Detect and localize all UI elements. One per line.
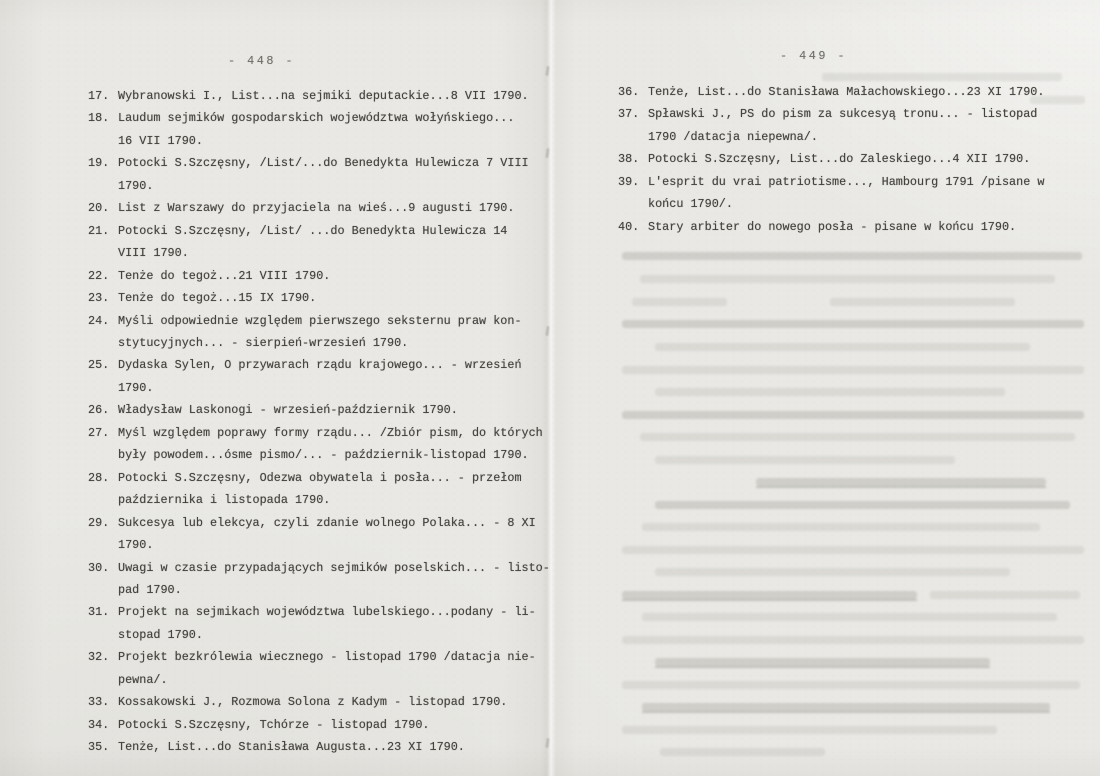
bleed-through-line	[655, 658, 990, 666]
bleed-through-line	[632, 298, 727, 306]
item-number: 32.	[88, 646, 118, 668]
bleed-through-line	[660, 748, 825, 756]
bleed-through-line	[655, 343, 1030, 351]
item-number: 24.	[88, 310, 118, 332]
bleed-through-line	[622, 366, 1084, 374]
list-item: 29.Sukcesya lub elekcya, czyli zdanie wo…	[88, 512, 558, 557]
bleed-through-line	[830, 298, 1015, 306]
page-number-right: - 449 -	[780, 49, 847, 63]
item-number: 33.	[88, 691, 118, 713]
bleed-through-line	[622, 726, 997, 734]
list-item: 21.Potocki S.Szczęsny, /List/ ...do Bene…	[88, 220, 558, 265]
item-number: 17.	[88, 85, 118, 107]
item-number: 21.	[88, 220, 118, 242]
bleed-through-line	[642, 613, 1057, 621]
list-item: 26.Władysław Laskonogi - wrzesień-paździ…	[88, 399, 558, 421]
item-number: 23.	[88, 287, 118, 309]
book-scan: - 448 - 17.Wybranowski I., List...na sej…	[0, 0, 1100, 776]
item-number: 30.	[88, 557, 118, 579]
item-number: 19.	[88, 152, 118, 174]
item-number: 18.	[88, 107, 118, 129]
item-text: Projekt na sejmikach województwa lubelsk…	[118, 601, 536, 646]
list-item: 35.Tenże, List...do Stanisława Augusta..…	[88, 736, 558, 758]
item-text: Potocki S.Szczęsny, /List/ ...do Benedyk…	[118, 220, 507, 265]
item-number: 39.	[618, 171, 648, 193]
item-text: Myśli odpowiednie względem pierwszego se…	[118, 310, 522, 355]
bleed-through-line	[622, 591, 917, 599]
bleed-through-line	[756, 478, 1046, 486]
item-text: Potocki S.Szczęsny, Odezwa obywatela i p…	[118, 467, 522, 512]
item-number: 20.	[88, 197, 118, 219]
list-item: 30.Uwagi w czasie przypadających sejmikó…	[88, 557, 558, 602]
item-number: 29.	[88, 512, 118, 534]
item-text: Potocki S.Szczęsny, Tchórze - listopad 1…	[118, 714, 430, 736]
item-number: 37.	[618, 103, 648, 125]
list-item: 25.Dydaska Sylen, O przywarach rządu kra…	[88, 354, 558, 399]
page-number-left: - 448 -	[228, 54, 295, 68]
bibliography-list-right: 36.Tenże, List...do Stanisława Małachows…	[618, 81, 1088, 238]
item-number: 34.	[88, 714, 118, 736]
list-item: 32.Projekt bezkrólewia wiecznego - listo…	[88, 646, 558, 691]
crease-tick	[545, 66, 549, 76]
list-item: 20.List z Warszawy do przyjaciela na wie…	[88, 197, 558, 219]
bleed-through-line	[655, 501, 1070, 509]
item-text: Tenże, List...do Stanisława Augusta...23…	[118, 736, 465, 758]
item-text: Sukcesya lub elekcya, czyli zdanie wolne…	[118, 512, 536, 557]
item-number: 38.	[618, 148, 648, 170]
list-item: 23.Tenże do tegoż...15 IX 1790.	[88, 287, 558, 309]
item-number: 25.	[88, 354, 118, 376]
list-item: 40.Stary arbiter do nowego posła - pisan…	[618, 216, 1088, 238]
item-text: Tenże, List...do Stanisława Małachowskie…	[648, 81, 1044, 103]
list-item: 24.Myśli odpowiednie względem pierwszego…	[88, 310, 558, 355]
bleed-through-line	[642, 703, 1050, 711]
item-text: Dydaska Sylen, O przywarach rządu krajow…	[118, 354, 522, 399]
item-number: 28.	[88, 467, 118, 489]
item-text: Uwagi w czasie przypadających sejmików p…	[118, 557, 550, 602]
bleed-through-line	[930, 591, 1080, 599]
item-number: 26.	[88, 399, 118, 421]
item-text: Potocki S.Szczęsny, /List/...do Benedykt…	[118, 152, 529, 197]
item-text: Spławski J., PS do pism za sukcesyą tron…	[648, 103, 1037, 148]
item-number: 35.	[88, 736, 118, 758]
list-item: 33.Kossakowski J., Rozmowa Solona z Kady…	[88, 691, 558, 713]
list-item: 22.Tenże do tegoż...21 VIII 1790.	[88, 265, 558, 287]
bleed-through-line	[642, 523, 1040, 531]
bleed-through-line	[622, 252, 1082, 260]
bibliography-list-left: 17.Wybranowski I., List...na sejmiki dep…	[88, 85, 558, 759]
bleed-through-line	[622, 546, 1084, 554]
item-number: 40.	[618, 216, 648, 238]
item-text: L'esprit du vrai patriotisme..., Hambour…	[648, 171, 1044, 216]
item-text: Myśl względem poprawy formy rządu... /Zb…	[118, 422, 543, 467]
bleed-through-line	[640, 433, 1075, 441]
list-item: 36.Tenże, List...do Stanisława Małachows…	[618, 81, 1088, 103]
list-item: 39.L'esprit du vrai patriotisme..., Hamb…	[618, 171, 1088, 216]
item-text: Tenże do tegoż...15 IX 1790.	[118, 287, 316, 309]
list-item: 17.Wybranowski I., List...na sejmiki dep…	[88, 85, 558, 107]
item-text: Wybranowski I., List...na sejmiki deputa…	[118, 85, 529, 107]
item-number: 31.	[88, 601, 118, 623]
item-text: Laudum sejmików gospodarskich województw…	[118, 107, 514, 152]
item-number: 36.	[618, 81, 648, 103]
list-item: 37.Spławski J., PS do pism za sukcesyą t…	[618, 103, 1088, 148]
list-item: 18.Laudum sejmików gospodarskich wojewód…	[88, 107, 558, 152]
item-text: Projekt bezkrólewia wiecznego - listopad…	[118, 646, 536, 691]
bleed-through-line	[655, 568, 1010, 576]
item-text: List z Warszawy do przyjaciela na wieś..…	[118, 197, 514, 219]
item-number: 27.	[88, 422, 118, 444]
list-item: 27.Myśl względem poprawy formy rządu... …	[88, 422, 558, 467]
bleed-through-line	[640, 275, 1055, 283]
bleed-through-line	[622, 681, 1080, 689]
bleed-through-line	[822, 73, 1062, 81]
bleed-through-line	[622, 320, 1084, 328]
bleed-through-line	[655, 388, 1005, 396]
list-item: 28.Potocki S.Szczęsny, Odezwa obywatela …	[88, 467, 558, 512]
bleed-through-line	[622, 411, 1084, 419]
list-item: 34.Potocki S.Szczęsny, Tchórze - listopa…	[88, 714, 558, 736]
item-text: Tenże do tegoż...21 VIII 1790.	[118, 265, 330, 287]
list-item: 19.Potocki S.Szczęsny, /List/...do Bened…	[88, 152, 558, 197]
item-text: Władysław Laskonogi - wrzesień-październ…	[118, 399, 458, 421]
list-item: 38.Potocki S.Szczęsny, List...do Zaleski…	[618, 148, 1088, 170]
item-text: Kossakowski J., Rozmowa Solona z Kadym -…	[118, 691, 507, 713]
list-item: 31.Projekt na sejmikach województwa lube…	[88, 601, 558, 646]
bleed-through-line	[655, 456, 955, 464]
item-text: Potocki S.Szczęsny, List...do Zaleskiego…	[648, 148, 1030, 170]
item-number: 22.	[88, 265, 118, 287]
item-text: Stary arbiter do nowego posła - pisane w…	[648, 216, 1016, 238]
bleed-through-line	[622, 636, 1084, 644]
